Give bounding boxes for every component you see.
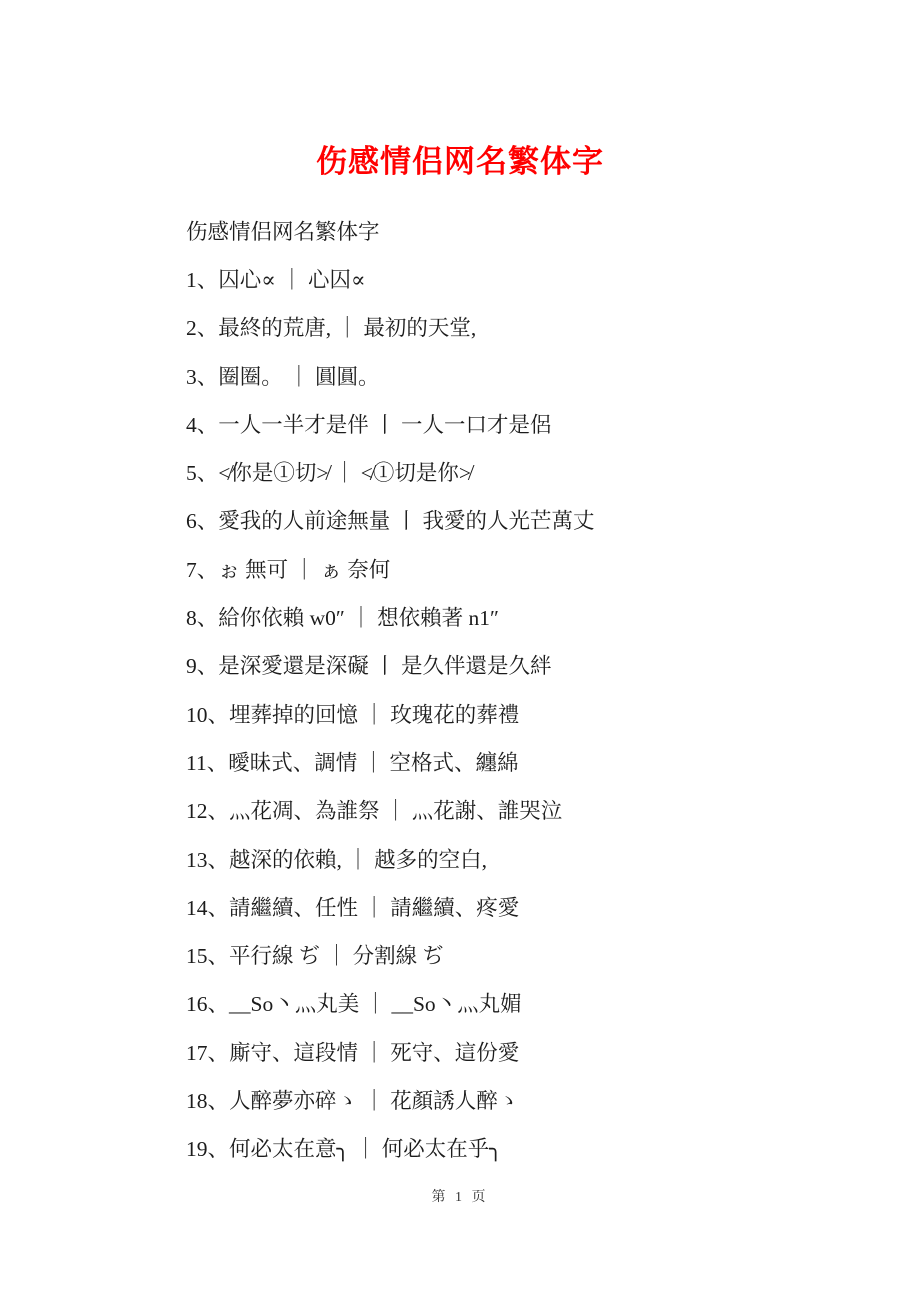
list-item: 4、一人一半才是伴 丨 一人一口才是侶 bbox=[186, 401, 920, 449]
list-item: 11、曖昧式、調情 ｜ 空格式、纏綿 bbox=[186, 739, 920, 787]
list-item: 2、最終的荒唐, ｜ 最初的天堂, bbox=[186, 304, 920, 352]
intro-paragraph: 伤感情侣网名繁体字 bbox=[186, 217, 920, 247]
list-item: 14、請繼續、任性 ｜ 請繼續、疼愛 bbox=[186, 884, 920, 932]
list-item: 3、圈圈。 ｜ 圓圓。 bbox=[186, 353, 920, 401]
list-item: 9、是深愛還是深礙 丨 是久伴還是久絆 bbox=[186, 642, 920, 690]
list-item: 18、人醉夢亦碎ゝ ｜ 花顏誘人醉ゝ bbox=[186, 1077, 920, 1125]
document-page: 伤感情侣网名繁体字 伤感情侣网名繁体字 1、囚心∝ ｜ 心囚∝ 2、最終的荒唐,… bbox=[0, 0, 920, 1302]
list-item: 7、ぉ 無可 ｜ ぁ 奈何 bbox=[186, 546, 920, 594]
page-number: 第 1 页 bbox=[0, 1186, 920, 1206]
page-title: 伤感情侣网名繁体字 bbox=[0, 0, 920, 181]
list-item: 1、囚心∝ ｜ 心囚∝ bbox=[186, 256, 920, 304]
list-item: 8、給你依賴 w0″ ｜ 想依賴著 n1″ bbox=[186, 594, 920, 642]
list-item: 15、平行線 ぢ ｜ 分割線 ぢ bbox=[186, 932, 920, 980]
list-item: 6、愛我的人前途無量 丨 我愛的人光芒萬丈 bbox=[186, 497, 920, 545]
nickname-list: 1、囚心∝ ｜ 心囚∝ 2、最終的荒唐, ｜ 最初的天堂, 3、圈圈。 ｜ 圓圓… bbox=[186, 256, 920, 1174]
list-item: 5、≮你是①切≯ ｜ ≮①切是你≯ bbox=[186, 449, 920, 497]
list-item: 12、灬花凋、為誰祭 ｜ 灬花謝、誰哭泣 bbox=[186, 787, 920, 835]
list-item: 17、廝守、這段情 ｜ 死守、這份愛 bbox=[186, 1029, 920, 1077]
list-item: 19、何必太在意╮ ｜ 何必太在乎╮ bbox=[186, 1125, 920, 1173]
list-item: 16、__So丶灬丸美 ｜ __So丶灬丸媚 bbox=[186, 980, 920, 1028]
list-item: 10、埋葬掉的回憶 ｜ 玫瑰花的葬禮 bbox=[186, 691, 920, 739]
list-item: 13、越深的依賴, ｜ 越多的空白, bbox=[186, 836, 920, 884]
